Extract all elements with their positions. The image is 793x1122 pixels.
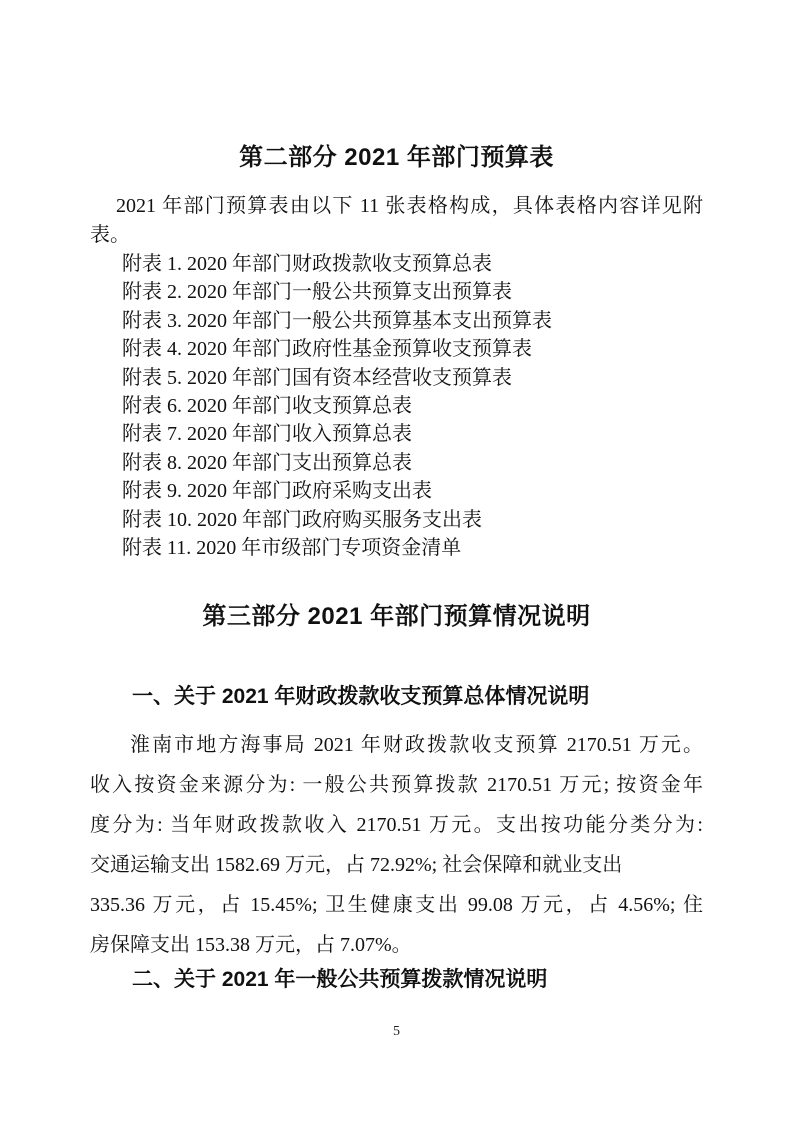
appendix-table-list: 附表 1. 2020 年部门财政拨款收支预算总表 附表 2. 2020 年部门一… bbox=[90, 250, 703, 562]
paragraph-line: 335.36 万元，占 15.45%; 卫生健康支出 99.08 万元，占 4.… bbox=[90, 885, 703, 925]
list-item: 附表 8. 2020 年部门支出预算总表 bbox=[90, 449, 703, 477]
section3-title: 第三部分 2021 年部门预算情况说明 bbox=[90, 600, 703, 634]
document-page: 第二部分 2021 年部门预算表 2021 年部门预算表由以下 11 张表格构成… bbox=[0, 0, 793, 1122]
section3-heading-1: 一、关于 2021 年财政拨款收支预算总体情况说明 bbox=[90, 682, 703, 711]
page-number: 5 bbox=[0, 1024, 793, 1040]
paragraph-line: 淮南市地方海事局 2021 年财政拨款收支预算 2170.51 万元。 bbox=[90, 725, 703, 765]
list-item: 附表 11. 2020 年市级部门专项资金清单 bbox=[90, 534, 703, 562]
list-item: 附表 5. 2020 年部门国有资本经营收支预算表 bbox=[90, 364, 703, 392]
section2-title: 第二部分 2021 年部门预算表 bbox=[90, 141, 703, 175]
list-item: 附表 3. 2020 年部门一般公共预算基本支出预算表 bbox=[90, 307, 703, 335]
list-item: 附表 9. 2020 年部门政府采购支出表 bbox=[90, 477, 703, 505]
intro-line: 表。 bbox=[90, 221, 703, 250]
intro-line: 2021 年部门预算表由以下 11 张表格构成，具体表格内容详见附 bbox=[90, 192, 703, 221]
section3-paragraph-1: 淮南市地方海事局 2021 年财政拨款收支预算 2170.51 万元。 收入按资… bbox=[90, 725, 703, 965]
list-item: 附表 6. 2020 年部门收支预算总表 bbox=[90, 392, 703, 420]
list-item: 附表 4. 2020 年部门政府性基金预算收支预算表 bbox=[90, 335, 703, 363]
list-item: 附表 7. 2020 年部门收入预算总表 bbox=[90, 420, 703, 448]
paragraph-line: 房保障支出 153.38 万元，占 7.07%。 bbox=[90, 925, 703, 965]
paragraph-line: 度分为: 当年财政拨款收入 2170.51 万元。支出按功能分类分为: bbox=[90, 805, 703, 845]
paragraph-line: 收入按资金来源分为: 一般公共预算拨款 2170.51 万元; 按资金年 bbox=[90, 765, 703, 805]
list-item: 附表 1. 2020 年部门财政拨款收支预算总表 bbox=[90, 250, 703, 278]
list-item: 附表 2. 2020 年部门一般公共预算支出预算表 bbox=[90, 278, 703, 306]
paragraph-line: 交通运输支出 1582.69 万元，占 72.92%; 社会保障和就业支出 bbox=[90, 845, 703, 885]
document-content: 第二部分 2021 年部门预算表 2021 年部门预算表由以下 11 张表格构成… bbox=[90, 0, 703, 994]
section3-heading-2: 二、关于 2021 年一般公共预算拨款情况说明 bbox=[90, 965, 703, 994]
list-item: 附表 10. 2020 年部门政府购买服务支出表 bbox=[90, 506, 703, 534]
section2-intro-paragraph: 2021 年部门预算表由以下 11 张表格构成，具体表格内容详见附 表。 bbox=[90, 192, 703, 250]
